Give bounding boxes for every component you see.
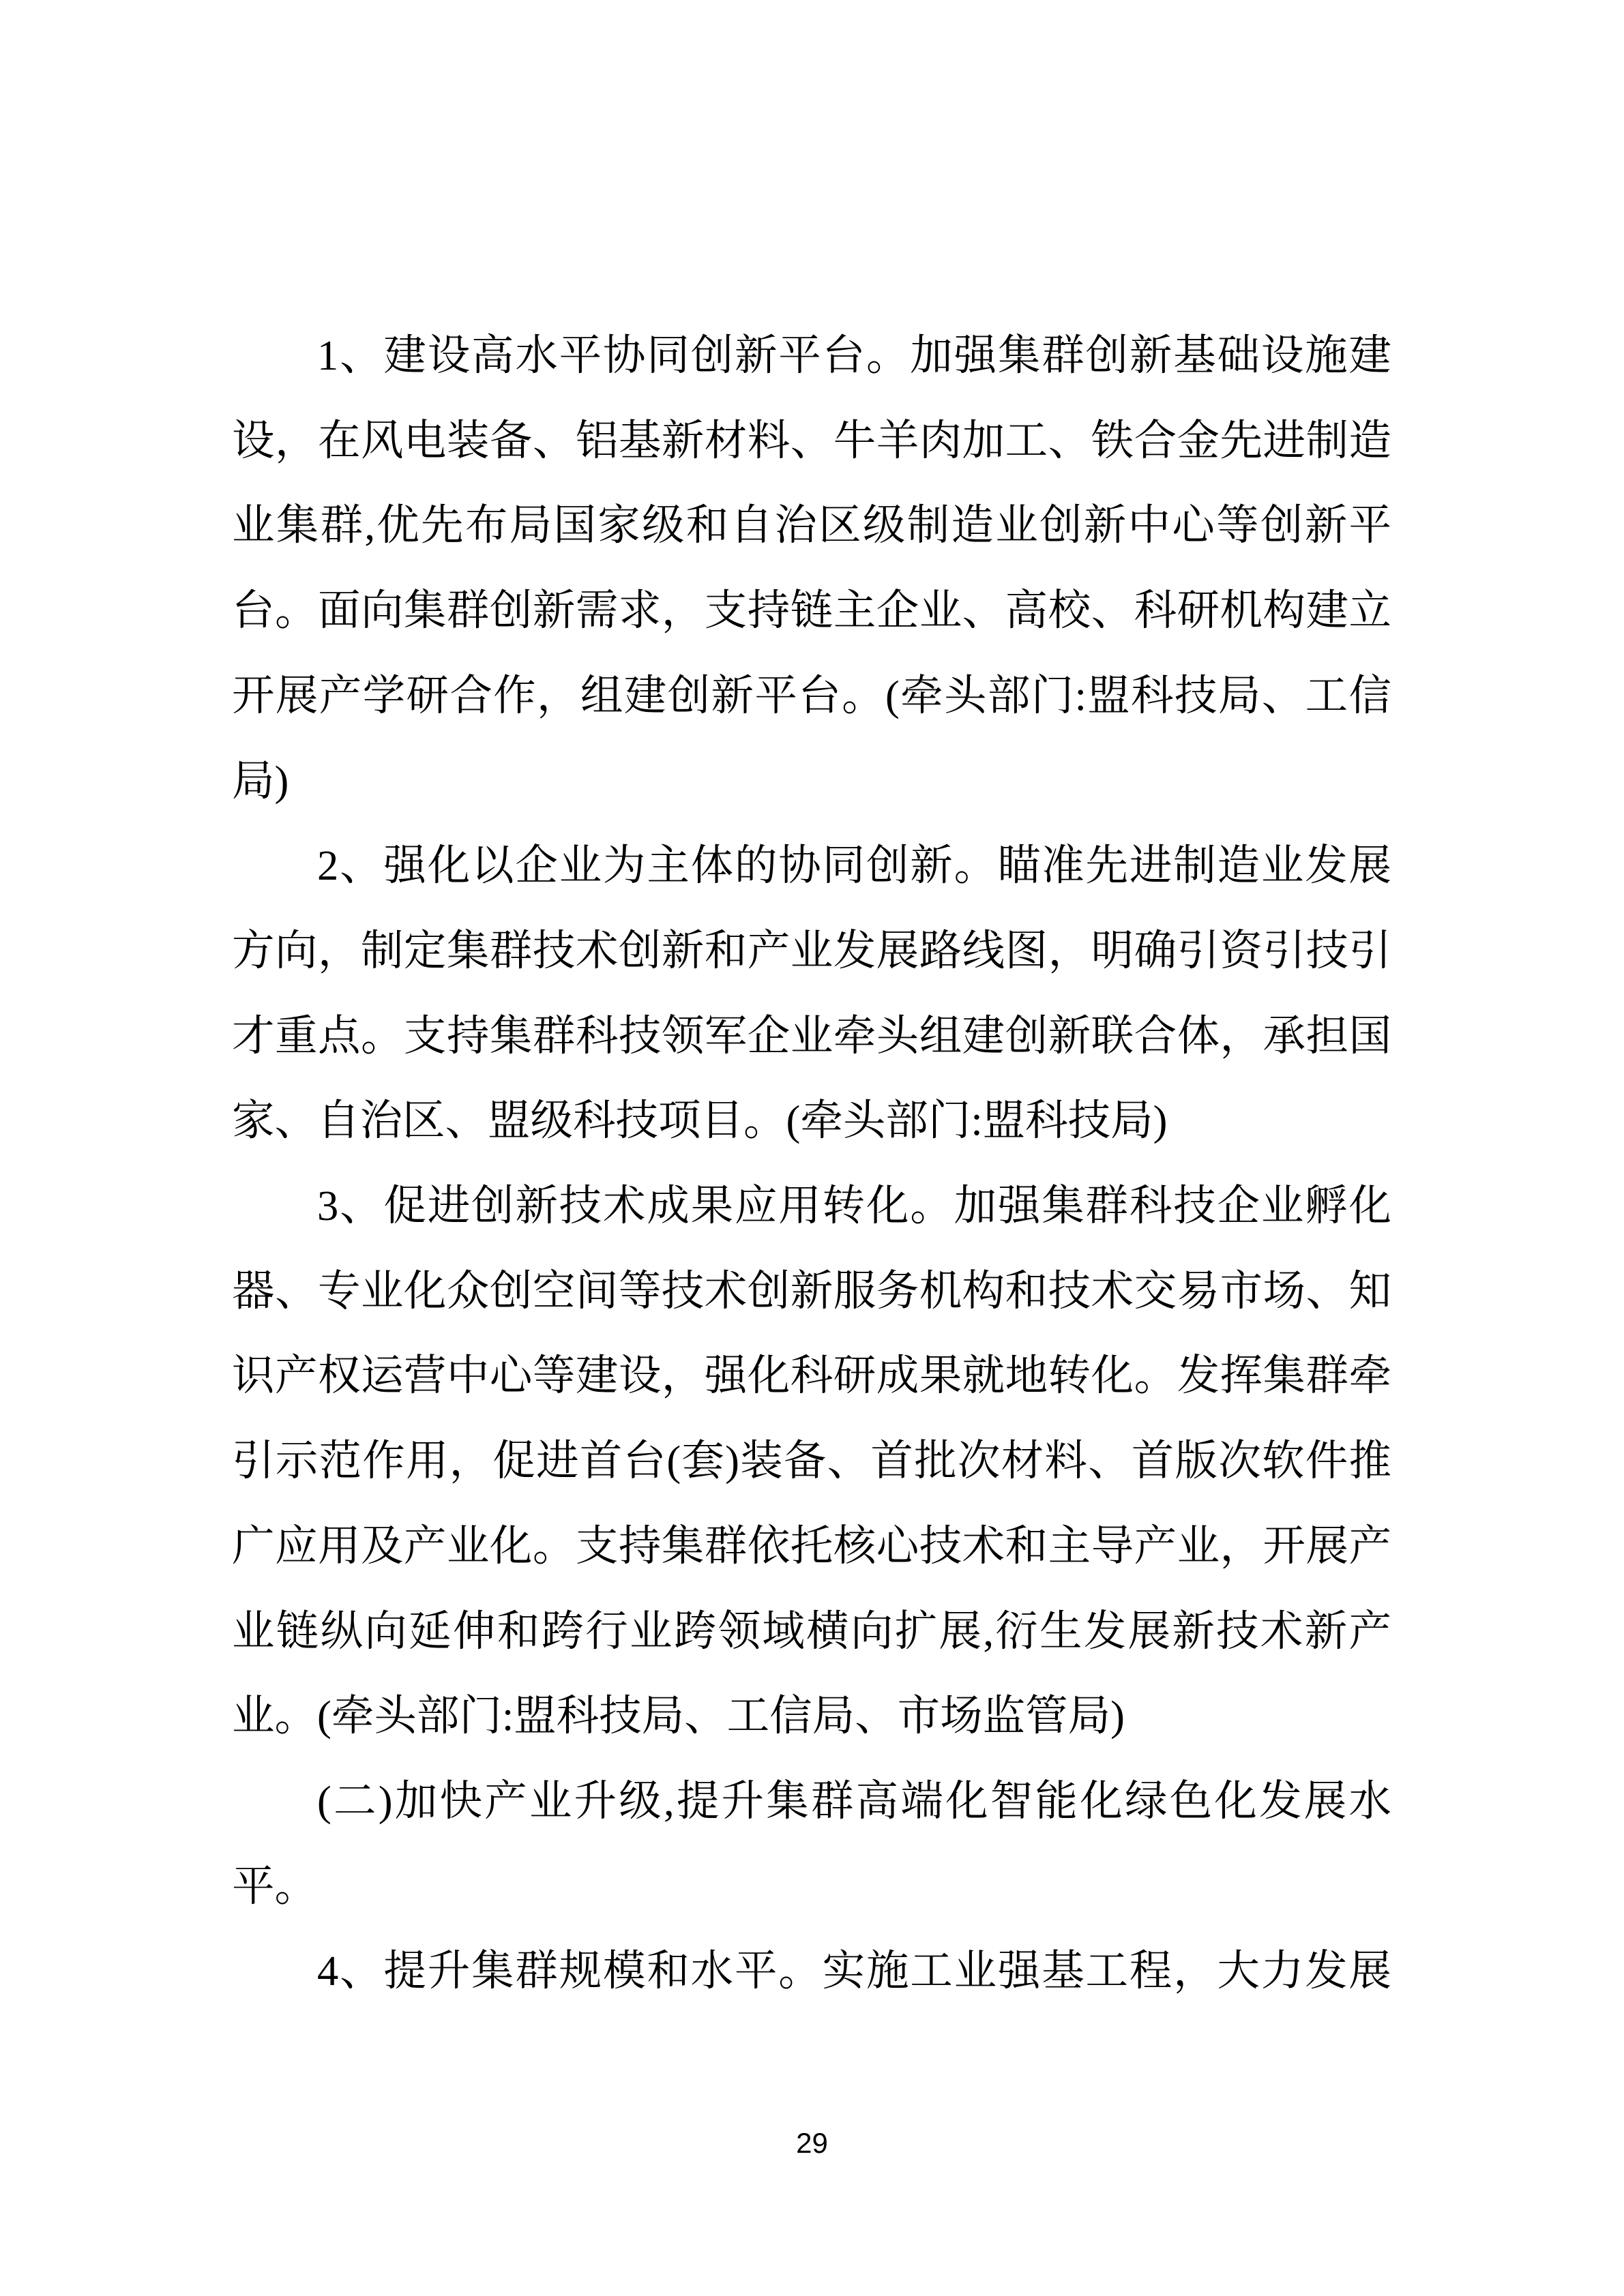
paragraph: (二)加快产业升级,提升集群高端化智能化绿色化发展水平。 xyxy=(232,1759,1391,1928)
paragraph: 4、提升集群规模和水平。实施工业强基工程，大力发展 xyxy=(232,1928,1391,2014)
paragraph: 2、强化以企业为主体的协同创新。瞄准先进制造业发展方向，制定集群技术创新和产业发… xyxy=(232,823,1391,1163)
paragraph: 1、建设高水平协同创新平台。加强集群创新基础设施建设，在风电装备、铝基新材料、牛… xyxy=(232,313,1391,823)
document-page: 1、建设高水平协同创新平台。加强集群创新基础设施建设，在风电装备、铝基新材料、牛… xyxy=(0,0,1624,2296)
paragraph: 3、促进创新技术成果应用转化。加强集群科技企业孵化器、专业化众创空间等技术创新服… xyxy=(232,1163,1391,1759)
body-text: 1、建设高水平协同创新平台。加强集群创新基础设施建设，在风电装备、铝基新材料、牛… xyxy=(232,313,1391,2014)
page-number: 29 xyxy=(0,2126,1624,2160)
